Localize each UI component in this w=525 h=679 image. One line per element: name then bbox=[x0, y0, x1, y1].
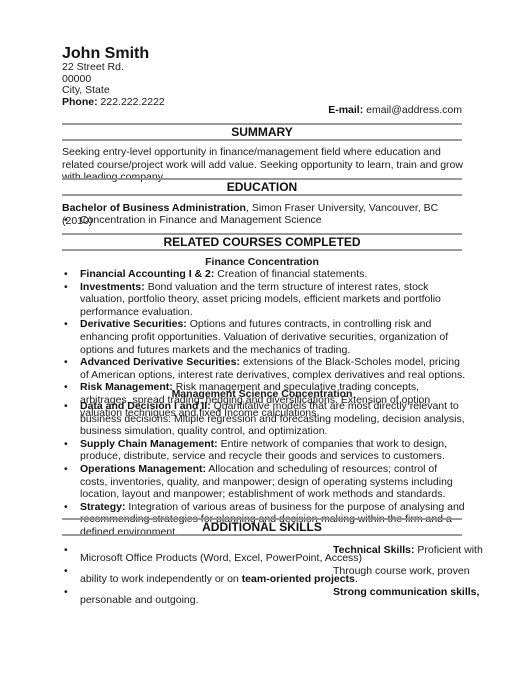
bullet-icon: • bbox=[64, 565, 68, 578]
finance-heading: Finance Concentration bbox=[62, 256, 462, 269]
course-description: Creation of financial statements. bbox=[214, 268, 367, 280]
list-item: •Financial Accounting I & 2: Creation of… bbox=[62, 268, 467, 281]
list-item: •Operations Management: Allocation and s… bbox=[62, 463, 467, 501]
management-heading: Management Science Concentration bbox=[62, 388, 462, 401]
email-line: E-mail: email@address.com bbox=[328, 104, 462, 117]
address-street: 22 Street Rd. bbox=[62, 62, 165, 74]
education-heading: EDUCATION bbox=[62, 178, 462, 196]
course-name: Supply Chain Management: bbox=[80, 438, 218, 450]
bullet-icon: • bbox=[64, 463, 68, 476]
phone-value: 222.222.2222 bbox=[101, 96, 165, 108]
skill-cont-text: Microsoft Office Products (Word, Excel, … bbox=[80, 552, 362, 564]
list-item: •Data and Decision I and II: Quantitativ… bbox=[62, 400, 467, 438]
bullet-icon: • bbox=[64, 586, 68, 599]
skill-continuation: personable and outgoing. bbox=[80, 594, 199, 607]
bullet-icon: • bbox=[64, 400, 68, 413]
bullet-icon: • bbox=[64, 356, 68, 369]
skill-continuation: Microsoft Office Products (Word, Excel, … bbox=[80, 552, 362, 565]
course-name: Data and Decision I and II: bbox=[80, 400, 211, 412]
bullet-icon: • bbox=[64, 281, 68, 294]
phone-line: Phone: 222.222.2222 bbox=[62, 97, 165, 109]
skill-cont-tail: . bbox=[355, 573, 358, 585]
education-bullets: •Concentration in Finance and Management… bbox=[62, 214, 467, 227]
bullet-icon: • bbox=[64, 268, 68, 281]
bullet-icon: • bbox=[64, 214, 68, 227]
list-item: •Advanced Derivative Securities: extensi… bbox=[62, 356, 467, 381]
course-name: Derivative Securities: bbox=[80, 318, 187, 330]
email-label: E-mail: bbox=[328, 104, 363, 116]
course-name: Advanced Derivative Securities: bbox=[80, 356, 240, 368]
degree-name: Bachelor of Business Administration bbox=[62, 202, 246, 214]
list-item: •Through course work, provenability to w… bbox=[62, 565, 462, 586]
list-item: •Supply Chain Management: Entire network… bbox=[62, 438, 467, 463]
summary-heading: SUMMARY bbox=[62, 123, 462, 141]
skills-list: •Technical Skills: Proficient withMicros… bbox=[62, 544, 462, 607]
bullet-icon: • bbox=[64, 318, 68, 331]
skill-lead-text: Proficient with bbox=[415, 544, 483, 556]
list-item: •Investments: Bond valuation and the ter… bbox=[62, 281, 467, 319]
list-item: •Technical Skills: Proficient withMicros… bbox=[62, 544, 462, 565]
skill-cont-text: personable and outgoing. bbox=[80, 594, 199, 606]
list-item: •Concentration in Finance and Management… bbox=[62, 214, 467, 227]
list-item: •Derivative Securities: Options and futu… bbox=[62, 318, 467, 356]
list-item: •Strong communication skills,personable … bbox=[62, 586, 462, 607]
phone-label: Phone: bbox=[62, 96, 98, 108]
course-name: Investments: bbox=[80, 281, 145, 293]
course-name: Financial Accounting I & 2: bbox=[80, 268, 214, 280]
contact-block: 22 Street Rd. 00000 City, State Phone: 2… bbox=[62, 62, 165, 108]
email-value[interactable]: email@address.com bbox=[366, 104, 462, 116]
bullet-icon: • bbox=[64, 438, 68, 451]
bullet-icon: • bbox=[64, 501, 68, 514]
skill-continuation: ability to work independently or on team… bbox=[80, 573, 358, 586]
education-bullet-text: Concentration in Finance and Management … bbox=[80, 214, 322, 226]
courses-heading: RELATED COURSES COMPLETED bbox=[62, 233, 462, 251]
skill-cont-text: ability to work independently or on bbox=[80, 573, 242, 585]
bullet-icon: • bbox=[64, 544, 68, 557]
skill-cont-bold: team-oriented projects bbox=[242, 573, 355, 585]
skill-lead: Strong communication skills, bbox=[333, 586, 479, 599]
course-name: Operations Management: bbox=[80, 463, 206, 475]
course-name: Strategy: bbox=[80, 501, 126, 513]
skills-heading: ADDITIONAL SKILLS bbox=[62, 518, 462, 536]
skill-lead-bold: Strong communication skills, bbox=[333, 586, 479, 598]
